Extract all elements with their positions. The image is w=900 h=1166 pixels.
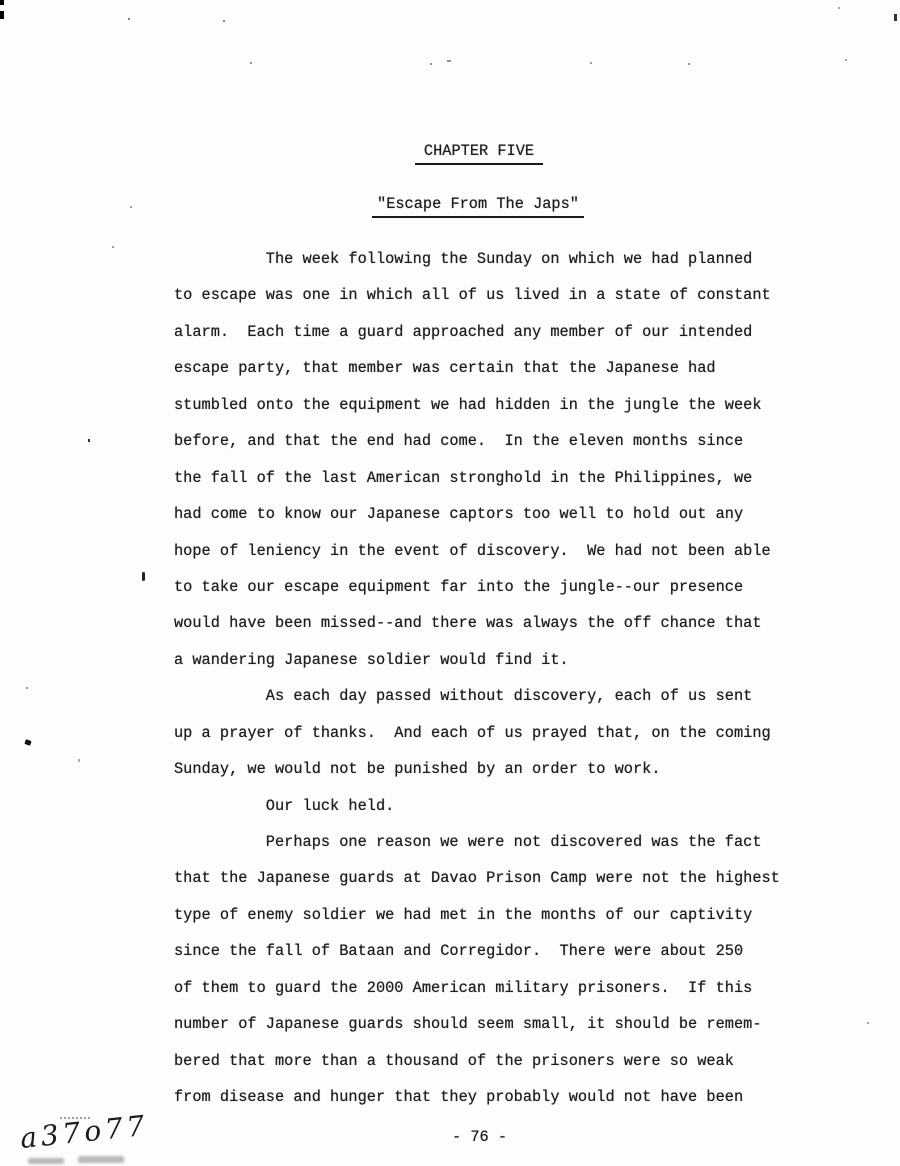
text-line: The week following the Sunday on which w… xyxy=(174,241,794,277)
text-line: As each day passed without discovery, ea… xyxy=(174,678,794,714)
text-line: would have been missed--and there was al… xyxy=(174,605,794,641)
scan-speck xyxy=(867,1022,869,1024)
scan-speck xyxy=(112,246,114,248)
page-number: - 76 - xyxy=(452,1128,507,1146)
text-line: bered that more than a thousand of the p… xyxy=(174,1043,794,1079)
scan-speck xyxy=(130,206,132,208)
scan-speck xyxy=(845,59,847,61)
body-text: The week following the Sunday on which w… xyxy=(174,241,794,1116)
text-line: stumbled onto the equipment we had hidde… xyxy=(174,387,794,423)
text-line: to take our escape equipment far into th… xyxy=(174,569,794,605)
text-line: the fall of the last American stronghold… xyxy=(174,460,794,496)
text-line: since the fall of Bataan and Corregidor.… xyxy=(174,933,794,969)
chapter-heading: CHAPTER FIVE xyxy=(415,142,543,165)
scan-speck xyxy=(223,20,225,22)
text-line: Perhaps one reason we were not discovere… xyxy=(174,824,794,860)
text-line: of them to guard the 2000 American milit… xyxy=(174,970,794,1006)
text-line: from disease and hunger that they probab… xyxy=(174,1079,794,1115)
text-line: escape party, that member was certain th… xyxy=(174,350,794,386)
scan-speck xyxy=(430,63,432,65)
scan-speck xyxy=(0,11,4,19)
scan-speck xyxy=(447,60,451,62)
handwritten-mark: a37o77 xyxy=(19,1109,151,1155)
text-line: a wandering Japanese soldier would find … xyxy=(174,642,794,678)
text-line: alarm. Each time a guard approached any … xyxy=(174,314,794,350)
text-line: before, and that the end had come. In th… xyxy=(174,423,794,459)
text-line: hope of leniency in the event of discove… xyxy=(174,533,794,569)
scan-speck xyxy=(0,0,4,5)
scan-speck xyxy=(894,14,897,21)
scan-speck xyxy=(590,62,592,64)
text-line: number of Japanese guards should seem sm… xyxy=(174,1006,794,1042)
scan-speck xyxy=(142,572,145,581)
text-line: to escape was one in which all of us liv… xyxy=(174,277,794,313)
scan-speck xyxy=(128,18,130,20)
text-line: up a prayer of thanks. And each of us pr… xyxy=(174,715,794,751)
text-line: Our luck held. xyxy=(174,788,794,824)
scan-speck xyxy=(250,62,252,64)
text-line: type of enemy soldier we had met in the … xyxy=(174,897,794,933)
scan-smudge xyxy=(28,1158,64,1164)
scan-speck xyxy=(838,7,840,9)
text-line: that the Japanese guards at Davao Prison… xyxy=(174,860,794,896)
document-page: CHAPTER FIVE "Escape From The Japs" The … xyxy=(0,0,900,1166)
scan-speck xyxy=(78,759,80,762)
scan-speck xyxy=(88,439,90,442)
chapter-title: "Escape From The Japs" xyxy=(372,195,584,218)
scan-speck xyxy=(688,63,690,65)
text-line: Sunday, we would not be punished by an o… xyxy=(174,751,794,787)
scan-speck xyxy=(26,687,28,689)
scan-smudge xyxy=(78,1156,124,1163)
text-line: had come to know our Japanese captors to… xyxy=(174,496,794,532)
scan-speck xyxy=(24,739,31,746)
